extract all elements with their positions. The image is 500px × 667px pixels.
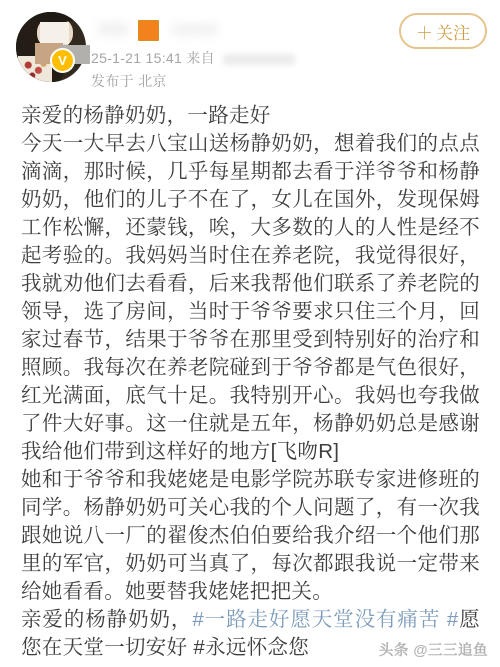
weibo-post-page: V 25-1-21 15:41 来自 发布于 北京 ＋ 关注 亲爱的杨静奶奶，一… [0,0,500,667]
source-prefix: 来自 [186,50,215,66]
follow-button[interactable]: ＋ 关注 [399,13,487,49]
post-timestamp: 25-1-21 15:41 来自 [91,48,295,68]
avatar-censor-block [40,22,69,44]
username-redacted [90,6,260,46]
post-paragraph-2: 她和于爷爷和我姥姥是电影学院苏联专家进修班的同学。杨静奶奶可关心我的个人问题了，… [21,466,480,606]
post-location: 发布于 北京 [91,71,167,91]
username-censor-smudge [98,23,128,35]
username-censor-smudge [172,24,218,35]
post-content: 亲爱的杨静奶奶，一路走好 今天一大早去八宝山送杨静奶奶，想着我们的点点滴滴，那时… [0,94,500,662]
post-paragraph-1: 今天一大早去八宝山送杨静奶奶，想着我们的点点滴滴，那时候，几乎每星期都去看于洋爷… [21,130,480,466]
post-header: V 25-1-21 15:41 来自 发布于 北京 ＋ 关注 [0,0,500,94]
paragraph-3-prefix: 亲爱的杨静奶奶， [21,608,192,631]
plus-icon: ＋ [416,19,433,44]
follow-button-label: 关注 [436,19,470,44]
verified-badge-icon: V [50,48,75,73]
avatar[interactable]: V [16,12,86,82]
watermark: 头条 @三三追鱼 [379,639,488,660]
hashtag-link[interactable]: #一路走好愿天堂没有痛苦 # [192,608,458,631]
username-emoji-censor [138,20,159,41]
post-title: 亲爱的杨静奶奶，一路走好 [21,102,480,130]
timestamp-text: 25-1-21 15:41 [91,50,182,66]
source-censor-smudge [223,54,295,65]
